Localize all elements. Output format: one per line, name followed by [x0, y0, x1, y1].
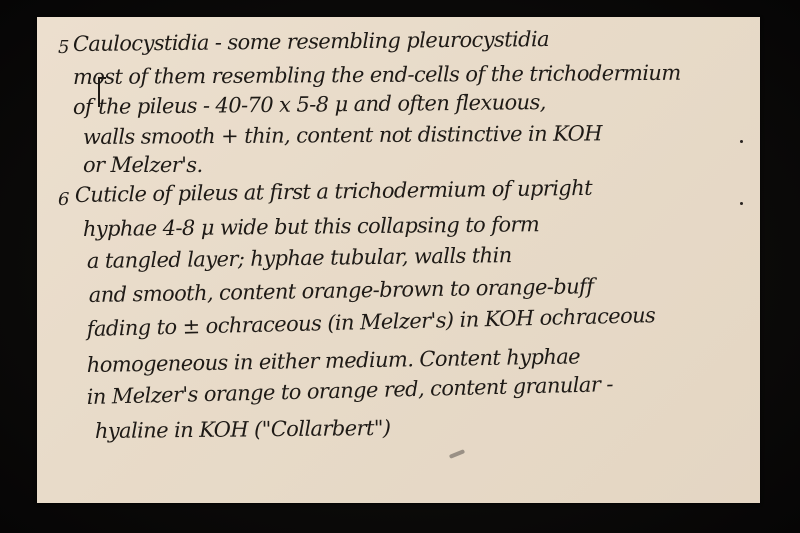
- note-line: hyaline in KOH ("Collarbert"): [95, 418, 391, 442]
- item-number-5: 5: [58, 37, 69, 58]
- note-line: hyphae 4-8 μ wide but this collapsing to…: [83, 214, 540, 240]
- note-line: Cuticle of pileus at first a trichodermi…: [75, 178, 592, 206]
- note-line: of the pileus - 40-70 x 5-8 μ and often …: [73, 92, 546, 118]
- note-line: homogeneous in either medium. Content hy…: [87, 346, 581, 376]
- ink-smudge: [449, 449, 465, 459]
- index-card: 5 Caulocystidia - some resembling pleuro…: [37, 17, 760, 503]
- ink-dot: [740, 202, 743, 205]
- note-line: Caulocystidia - some resembling pleurocy…: [73, 29, 549, 55]
- ink-dot: [740, 140, 743, 143]
- note-line: in Melzer's orange to orange red, conten…: [86, 374, 613, 408]
- note-line: or Melzer's.: [83, 155, 203, 176]
- item-number-6: 6: [58, 189, 69, 210]
- note-line: and smooth, content orange-brown to oran…: [89, 276, 594, 306]
- note-line: a tangled layer; hyphae tubular, walls t…: [87, 245, 512, 272]
- note-line: fading to ± ochraceous (in Melzer's) in …: [86, 305, 655, 340]
- note-line: walls smooth + thin, content not distinc…: [83, 123, 602, 148]
- note-line: most of them resembling the end-cells of…: [73, 63, 681, 88]
